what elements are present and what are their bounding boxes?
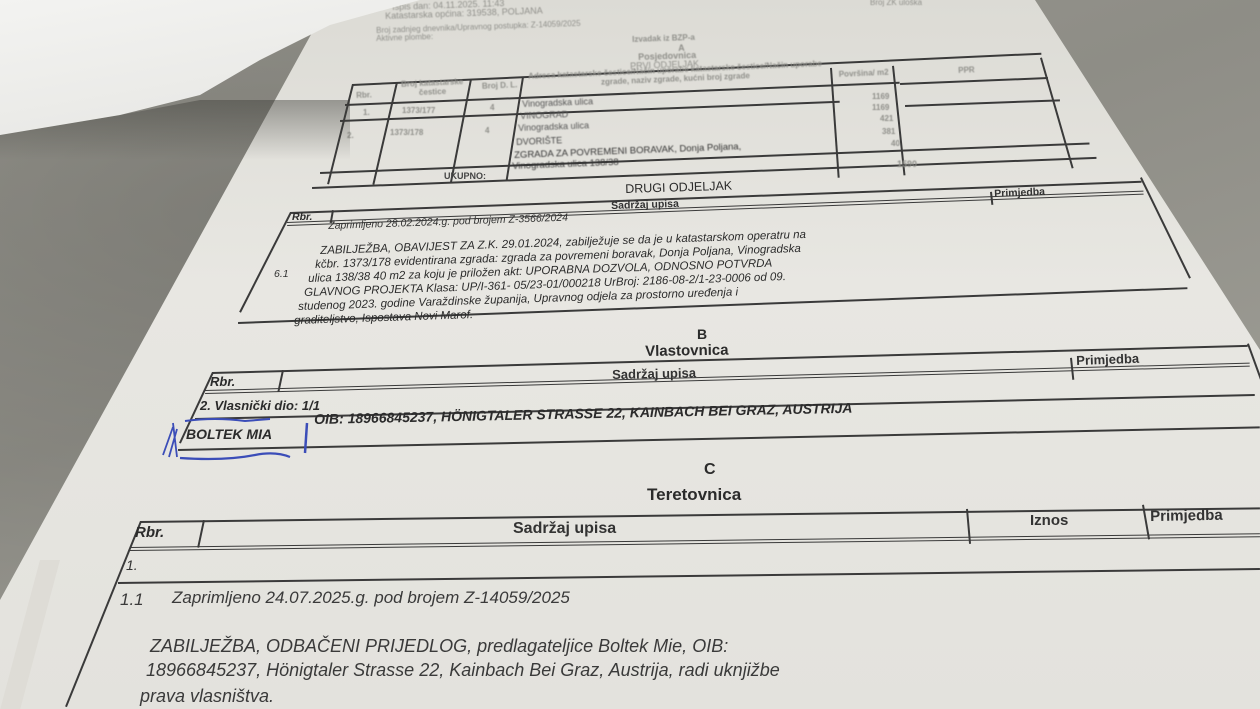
col-area: Površina/ m2 (836, 68, 891, 79)
entry-received: Zaprimljeno 28.02.2024.g. pod brojem Z-3… (328, 212, 568, 232)
col-ppr: PPR (958, 65, 975, 75)
rbr-header: Rbr. (135, 524, 164, 541)
col-dl-number: Broj D. L. (477, 80, 522, 91)
rbr-header: Rbr. (292, 211, 312, 223)
rbr-header: Rbr. (210, 374, 235, 389)
total-label: UKUPNO: (444, 171, 486, 181)
active-notes: Aktivne plombe: (376, 32, 433, 43)
amount-header: Iznos (1030, 512, 1068, 529)
section-c-title: Teretovnica (647, 485, 741, 505)
entry-rbr: 6.1 (274, 268, 289, 280)
section-c-letter: C (704, 461, 716, 479)
encumbrance-rbr: 1. (126, 557, 138, 573)
note-header: Primjedba (994, 186, 1045, 200)
note-header: Primjedba (1150, 507, 1223, 525)
pen-mark-icon (155, 413, 325, 463)
entry-received: Zaprimljeno 24.07.2025.g. pod brojem Z-1… (172, 588, 570, 608)
content-header: Sadržaj upisa (611, 198, 679, 212)
note-header: Primjedba (1076, 351, 1139, 368)
page-corner-label: Broj ZK uloška (870, 0, 922, 7)
extract-type: Izvadak iz BZP-a (632, 33, 695, 44)
ownership-share: 2. Vlasnički dio: 1/1 (200, 398, 320, 413)
entry-rbr: 1.1 (120, 590, 144, 610)
part-two-title: DRUGI ODJELJAK (625, 179, 732, 196)
col-parcel-number: Broj katastarske čestice (397, 77, 468, 98)
total-area: 1590 (897, 159, 917, 169)
section-b-letter: B (697, 326, 707, 342)
section-b-title: Vlastovnica (645, 342, 729, 360)
owner-details: OIB: 18966845237, HÖNIGTALER STRASSE 22,… (314, 400, 853, 427)
col-rbr: Rbr. (356, 90, 372, 100)
content-header: Sadržaj upisa (612, 365, 696, 382)
content-header: Sadržaj upisa (513, 520, 616, 538)
